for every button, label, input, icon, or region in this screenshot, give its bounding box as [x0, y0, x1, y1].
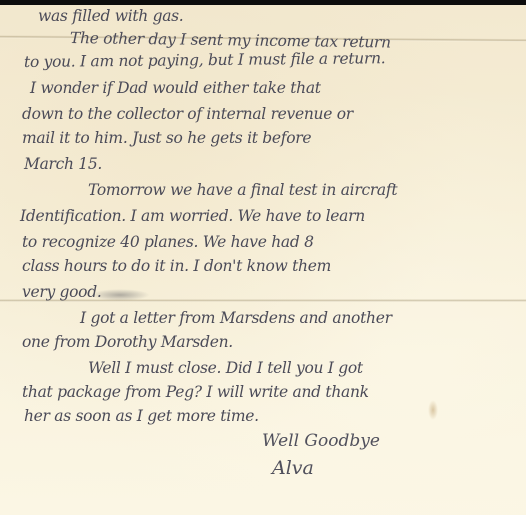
letter-line: The other day I sent my income tax retur…	[70, 29, 391, 51]
letter-closing: Well Goodbye	[262, 431, 380, 451]
paper-stain	[428, 400, 438, 420]
letter-line: Identification. I am worried. We have to…	[20, 207, 365, 225]
letter-line: class hours to do it in. I don't know th…	[22, 257, 331, 275]
letter-line: March 15.	[24, 155, 102, 173]
letter-line: Well I must close. Did I tell you I got	[88, 359, 363, 377]
letter-line: Tomorrow we have a final test in aircraf…	[88, 181, 397, 199]
letter-line: I got a letter from Marsdens and another	[80, 309, 392, 327]
letter-line: down to the collector of internal revenu…	[22, 105, 353, 123]
letter-line: was filled with gas.	[38, 7, 183, 25]
letter-line: to recognize 40 planes. We have had 8	[22, 233, 314, 251]
letter-signature: Alva	[272, 457, 314, 479]
letter-line: her as soon as I get more time.	[24, 407, 259, 425]
letter-paper: was filled with gas. The other day I sen…	[0, 5, 526, 515]
letter-line: very good.	[22, 283, 101, 301]
scanned-letter: was filled with gas. The other day I sen…	[0, 0, 526, 515]
letter-line: to you. I am not paying, but I must file…	[24, 49, 386, 71]
letter-line: one from Dorothy Marsden.	[22, 333, 233, 351]
letter-line: that package from Peg? I will write and …	[22, 383, 369, 401]
letter-line: I wonder if Dad would either take that	[30, 79, 321, 97]
letter-line: mail it to him. Just so he gets it befor…	[22, 129, 311, 147]
